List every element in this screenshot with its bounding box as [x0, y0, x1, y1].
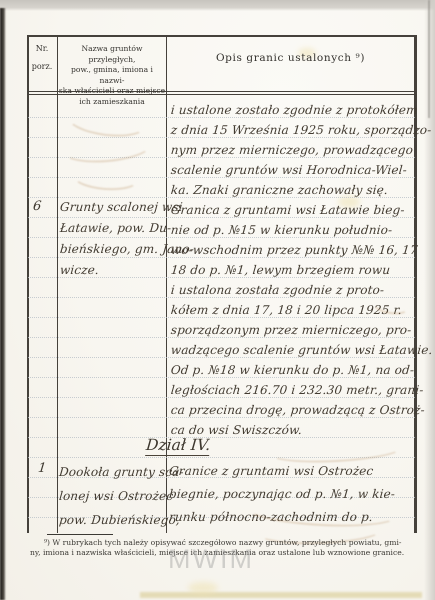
scanned-document-page: Nr.porz. Nazwa gruntów przyległych,pow.,… [0, 0, 435, 600]
header-text-line: Nr. [27, 44, 57, 53]
handwriting-line: ca przecina drogę, prowadzącą z Ostroż- [170, 400, 418, 420]
footnote-separator [47, 534, 113, 535]
scan-edge-top [0, 0, 435, 11]
watermark: MWIM [168, 544, 254, 575]
scan-edge-right-line [428, 0, 430, 118]
header-cell-name: Nazwa gruntów przyległych,pow., gmina, i… [58, 44, 166, 107]
scan-edge-bottom-stain [140, 592, 422, 598]
scan-edge-left [0, 8, 6, 600]
handwriting-line: Od p. №18 w kierunku do p. №1, na od- [170, 360, 418, 380]
header-text-line: ska właścicieli oraz miejsce [58, 86, 166, 97]
entry-6-number: 6 [32, 199, 42, 214]
handwriting-line: wadzącego scalenie gruntów wsi Łatawie. [170, 340, 418, 360]
section-heading: Dział IV. [145, 436, 211, 456]
header-text-line: Nazwa gruntów przyległych, [58, 44, 166, 65]
entry-6-name: Grunty scalonej wsiŁatawie, pow. Du-bień… [59, 197, 165, 281]
header-text-line: porz. [27, 62, 57, 71]
table-border-left [27, 35, 29, 533]
header-text-line: pow., gmina, imiona i nazwi- [58, 65, 166, 86]
handwriting-line: wicze. [59, 260, 167, 281]
entry-6-opis: Granica z gruntami wsi Łatawie bieg-nie … [170, 200, 416, 440]
header-cell-opis: Opis granic ustalonych ⁹) [166, 52, 415, 64]
handwriting-line: ległościach 216.70 i 232.30 metr., grani… [170, 380, 418, 400]
handwriting-line: z dnia 15 Września 1925 roku, sporządzo- [170, 120, 418, 140]
ink-bleedthrough [61, 130, 153, 166]
handwriting-line: sporządzonym przez mierniczego, pro- [170, 320, 418, 340]
handwriting-line: nym przez mierniczego, prowadzącego [170, 140, 418, 160]
header-cell-nr: Nr.porz. [27, 44, 57, 80]
handwriting-line: 18 do p. №1, lewym brzegiem rowu [170, 260, 418, 280]
ink-bleedthrough [71, 162, 141, 193]
handwriting-line: scalenie gruntów wsi Horodnica-Wiel- [170, 160, 418, 180]
handwriting-line: Dookoła grunty sca- [58, 460, 166, 484]
handwriting-line: bieńskiego, gm. Jano- [59, 239, 167, 260]
continuation-opis-text: i ustalone zostało zgodnie z protokółemz… [170, 100, 416, 200]
handwriting-line: nie od p. №15 w kierunku południo- [170, 220, 418, 240]
handwriting-line: Granica z gruntami wsi Łatawie bieg- [170, 200, 418, 220]
table-divider-nr [57, 35, 58, 533]
table-border-top [27, 35, 416, 37]
handwriting-line: Łatawie, pow. Du- [59, 218, 167, 239]
handwriting-line: wo-wschodnim przez punkty №№ 16, 17 [170, 240, 418, 260]
entry-1-name: Dookoła grunty sca-lonej wsi Ostrożecpow… [58, 460, 164, 532]
handwriting-line: pow. Dubieńskiego, [58, 508, 166, 532]
table-divider-name [166, 35, 167, 533]
paper-stain [188, 582, 218, 594]
handwriting-line: Granice z gruntami wsi Ostrożec [168, 460, 416, 483]
handwriting-line: lonej wsi Ostrożec [58, 484, 166, 508]
entry-1-number: 1 [37, 461, 47, 476]
handwriting-line: Grunty scalonej wsi [59, 197, 167, 218]
handwriting-line: i ustalone zostało zgodnie z protokółem [170, 100, 418, 120]
handwriting-line: ka. Znaki graniczne zachowały się. [170, 180, 418, 200]
